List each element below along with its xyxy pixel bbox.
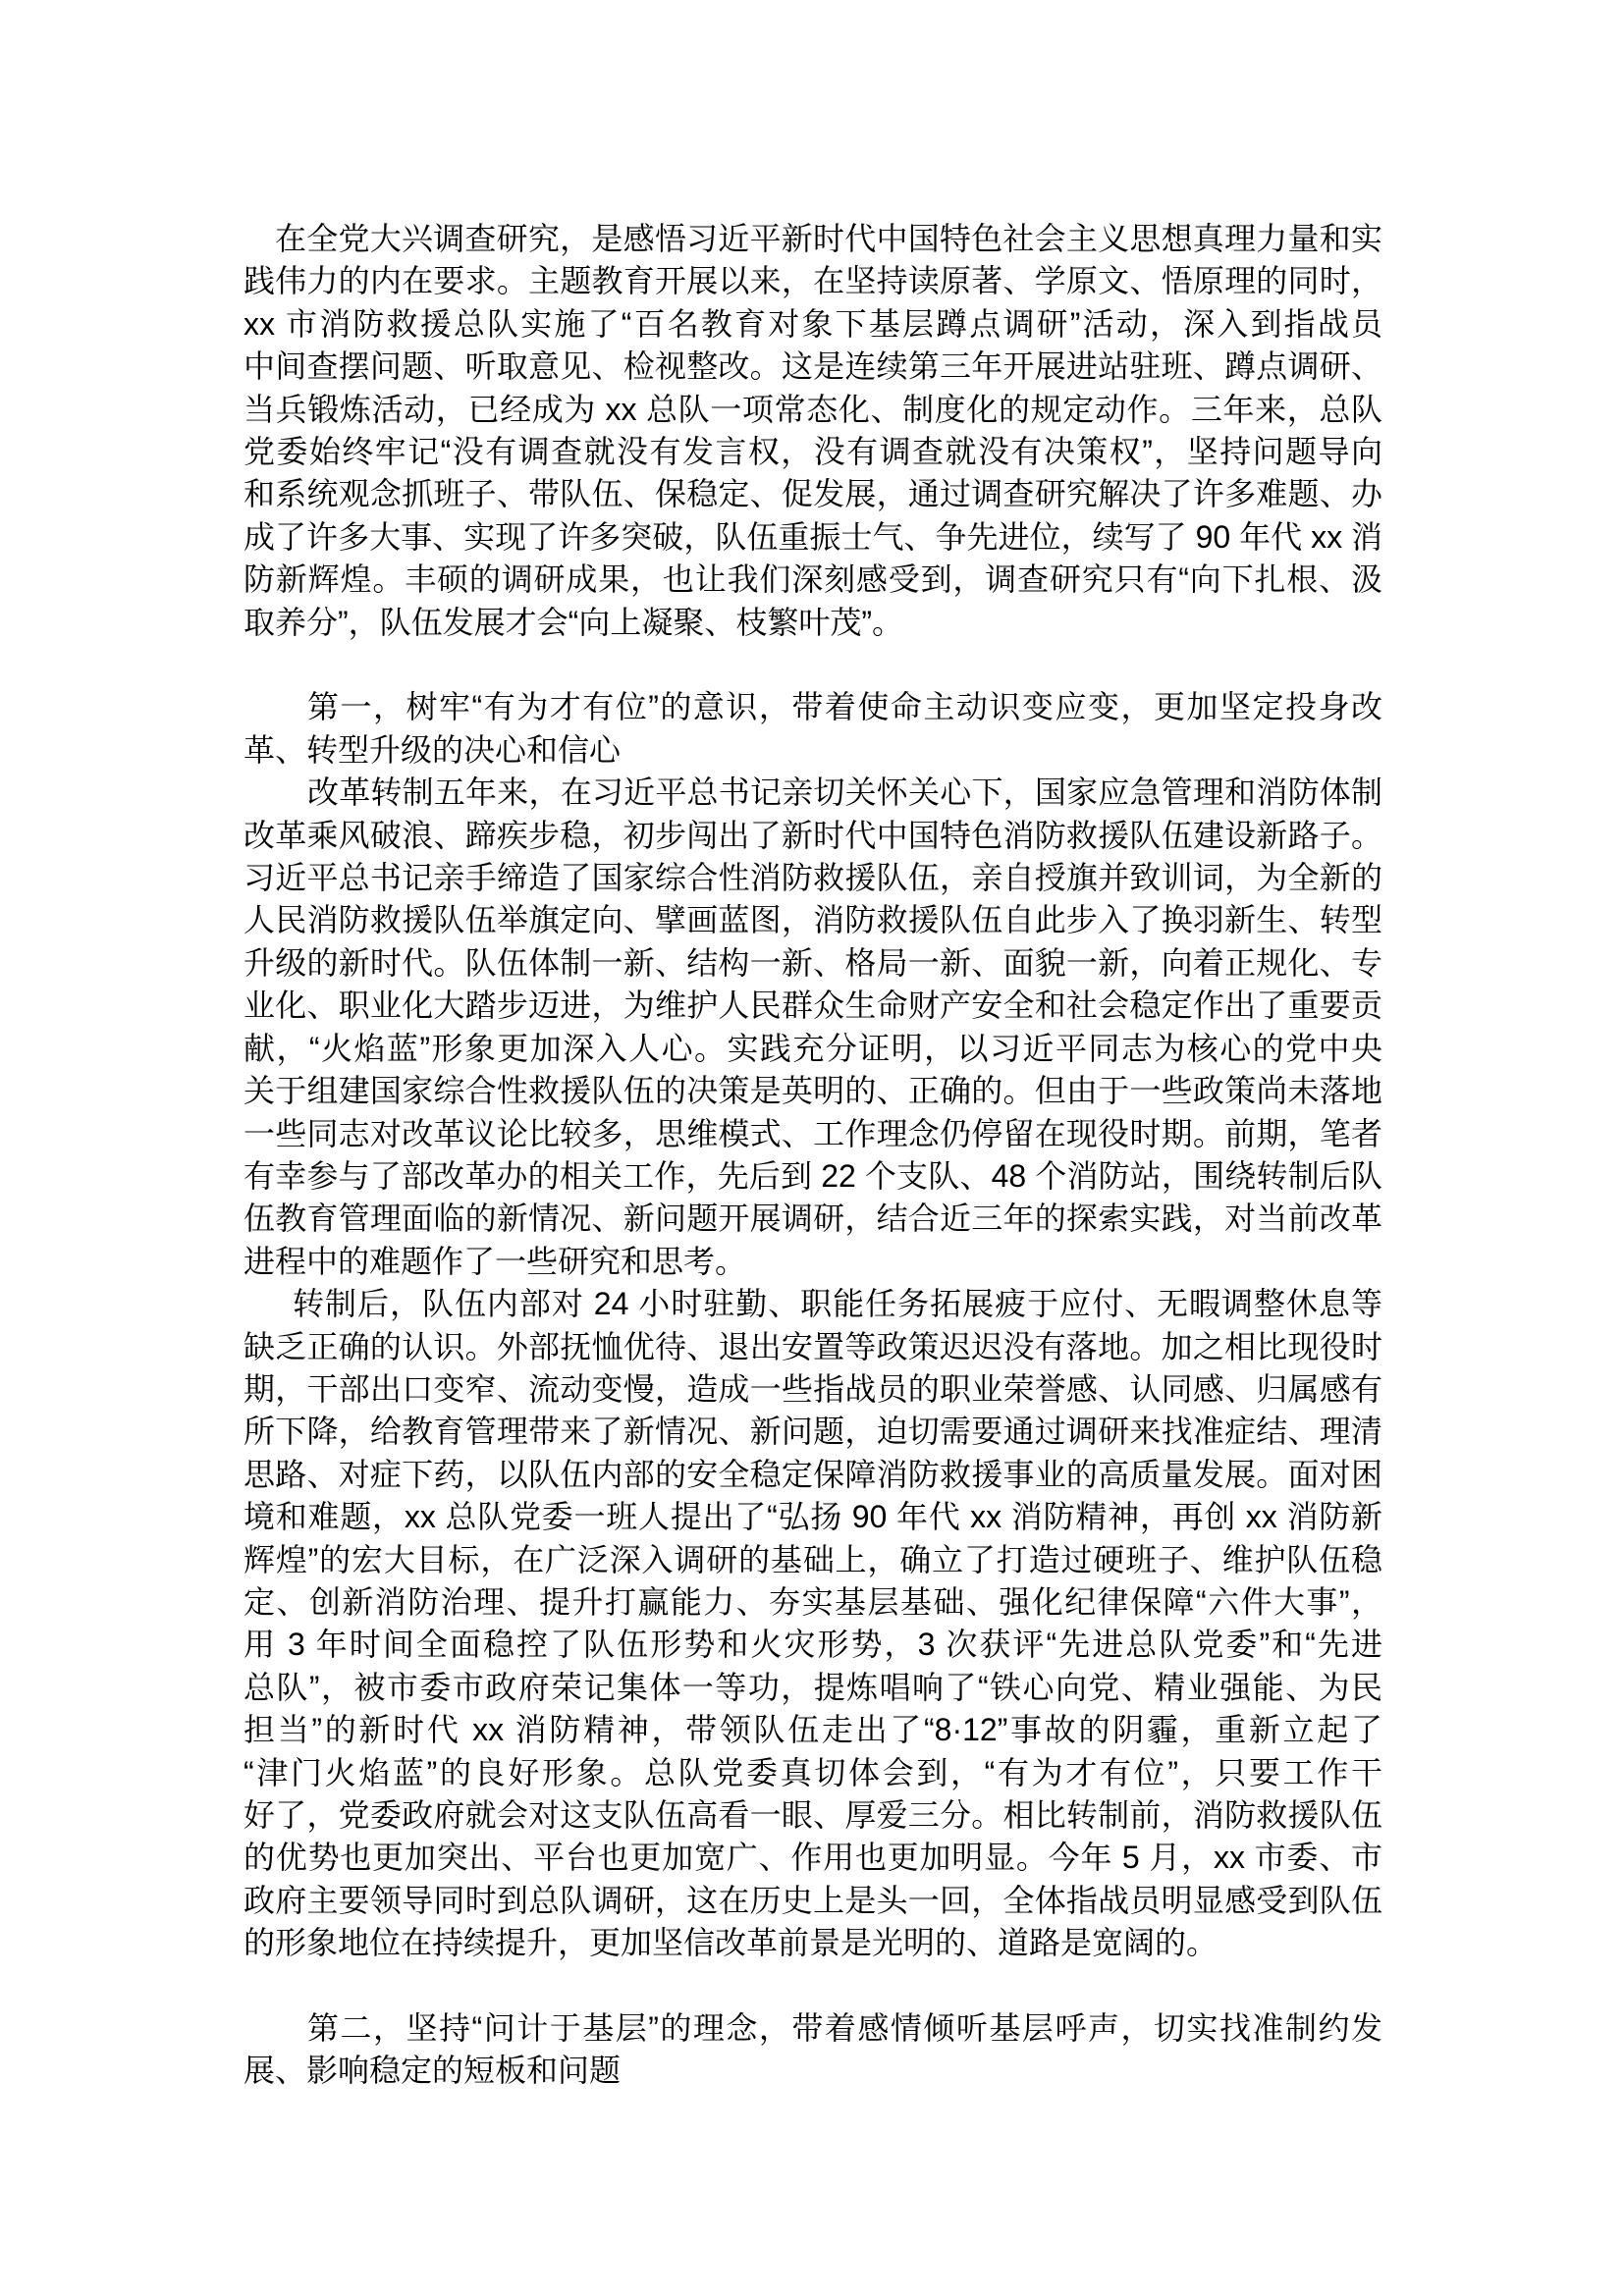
paragraph-line: 当兵锻炼活动，已经成为 xx 总队一项常态化、制度化的规定动作。三年来，总队 — [244, 389, 1382, 431]
paragraph-line: 防新辉煌。丰硕的调研成果，也让我们深刻感受到，调查研究只有“向下扎根、汲 — [244, 559, 1382, 601]
paragraph-line: 党委始终牢记“没有调查就没有发言权，没有调查就没有决策权”，坚持问题导向 — [244, 431, 1382, 473]
paragraph-line: 缺乏正确的认识。外部抚恤优待、退出安置等政策迟迟没有落地。加之相比现役时 — [244, 1326, 1382, 1368]
document-page: 在全党大兴调查研究，是感悟习近平新时代中国特色社会主义思想真理力量和实践伟力的内… — [0, 0, 1624, 2296]
paragraph-line: 和系统观念抓班子、带队伍、保稳定、促发展，通过调查研究解决了许多难题、办 — [244, 473, 1382, 515]
paragraph-line: 期，干部出口变窄、流动变慢，造成一些指战员的职业荣誉感、认同感、归属感有 — [244, 1368, 1382, 1411]
paragraph-line: 关于组建国家综合性救援队伍的决策是英明的、正确的。但由于一些政策尚未落地 — [244, 1070, 1382, 1112]
paragraph-line: 践伟力的内在要求。主题教育开展以来，在坚持读原著、学原文、悟原理的同时， — [244, 260, 1382, 302]
paragraph-line: 改革乘风破浪、蹄疾步稳，初步闯出了新时代中国特色消防救援队伍建设新路子。 — [244, 815, 1382, 857]
paragraph-line: 境和难题，xx 总队党委一班人提出了“弘扬 90 年代 xx 消防精神，再创 x… — [244, 1496, 1382, 1538]
paragraph-line: “津门火焰蓝”的良好形象。总队党委真切体会到，“有为才有位”，只要工作干 — [244, 1752, 1382, 1794]
paragraph-line: 总队”，被市委市政府荣记集体一等功，提炼唱响了“铁心向党、精业强能、为民 — [244, 1667, 1382, 1709]
paragraph-line: 的形象地位在持续提升，更加坚信改革前景是光明的、道路是宽阔的。 — [244, 1922, 1382, 1964]
paragraph-line: 在全党大兴调查研究，是感悟习近平新时代中国特色社会主义思想真理力量和实 — [244, 218, 1382, 260]
paragraph-line: xx 市消防救援总队实施了“百名教育对象下基层蹲点调研”活动，深入到指战员 — [244, 303, 1382, 346]
paragraph-line: 定、创新消防治理、提升打赢能力、夯实基层基础、强化纪律保障“六件大事”， — [244, 1581, 1382, 1624]
paragraph-line: 转制后，队伍内部对 24 小时驻勤、职能任务拓展疲于应付、无暇调整休息等 — [244, 1283, 1382, 1325]
paragraph-line: 担当”的新时代 xx 消防精神，带领队伍走出了“8·12”事故的阴霾，重新立起了 — [244, 1709, 1382, 1751]
paragraph-line: 用 3 年时间全面稳控了队伍形势和火灾形势，3 次获评“先进总队党委”和“先进 — [244, 1624, 1382, 1666]
paragraph-line: 的优势也更加突出、平台也更加宽广、作用也更加明显。今年 5 月，xx 市委、市 — [244, 1837, 1382, 1879]
paragraph-line: 献，“火焰蓝”形象更加深入人心。实践充分证明，以习近平同志为核心的党中央 — [244, 1028, 1382, 1070]
section-heading-line: 革、转型升级的决心和信心 — [244, 729, 1382, 772]
paragraph-line: 成了许多大事、实现了许多突破，队伍重振士气、争先进位，续写了 90 年代 xx … — [244, 516, 1382, 559]
paragraph-line: 改革转制五年来，在习近平总书记亲切关怀关心下，国家应急管理和消防体制 — [244, 772, 1382, 814]
paragraph-line: 辉煌”的宏大目标，在广泛深入调研的基础上，确立了打造过硬班子、维护队伍稳 — [244, 1539, 1382, 1581]
paragraph-line: 习近平总书记亲手缔造了国家综合性消防救援队伍，亲自授旗并致训词，为全新的 — [244, 857, 1382, 899]
section-heading-line: 展、影响稳定的短板和问题 — [244, 2050, 1382, 2092]
paragraph-line: 业化、职业化大踏步迈进，为维护人民群众生命财产安全和社会稳定作出了重要贡 — [244, 985, 1382, 1027]
paragraph-line: 有幸参与了部改革办的相关工作，先后到 22 个支队、48 个消防站，围绕转制后队 — [244, 1155, 1382, 1198]
paragraph-line: 取养分”，队伍发展才会“向上凝聚、枝繁叶茂”。 — [244, 602, 1382, 644]
blank-line — [244, 644, 1382, 686]
paragraph-line: 进程中的难题作了一些研究和思考。 — [244, 1241, 1382, 1283]
blank-line — [244, 1965, 1382, 2007]
paragraph-line: 伍教育管理面临的新情况、新问题开展调研，结合近三年的探索实践，对当前改革 — [244, 1198, 1382, 1240]
paragraph-line: 人民消防救援队伍举旗定向、擘画蓝图，消防救援队伍自此步入了换羽新生、转型 — [244, 899, 1382, 941]
paragraph-line: 升级的新时代。队伍体制一新、结构一新、格局一新、面貌一新，向着正规化、专 — [244, 942, 1382, 985]
paragraph-line: 中间查摆问题、听取意见、检视整改。这是连续第三年开展进站驻班、蹲点调研、 — [244, 346, 1382, 388]
paragraph-line: 思路、对症下药，以队伍内部的安全稳定保障消防救援事业的高质量发展。面对困 — [244, 1454, 1382, 1496]
section-heading-line: 第一，树牢“有为才有位”的意识，带着使命主动识变应变，更加坚定投身改 — [244, 686, 1382, 728]
paragraph-line: 政府主要领导同时到总队调研，这在历史上是头一回，全体指战员明显感受到队伍 — [244, 1880, 1382, 1922]
paragraph-line: 好了，党委政府就会对这支队伍高看一眼、厚爱三分。相比转制前，消防救援队伍 — [244, 1794, 1382, 1837]
paragraph-line: 一些同志对改革议论比较多，思维模式、工作理念仍停留在现役时期。前期，笔者 — [244, 1113, 1382, 1155]
paragraph-line: 所下降，给教育管理带来了新情况、新问题，迫切需要通过调研来找准症结、理清 — [244, 1411, 1382, 1453]
section-heading-line: 第二，坚持“问计于基层”的理念，带着感情倾听基层呼声，切实找准制约发 — [244, 2007, 1382, 2050]
